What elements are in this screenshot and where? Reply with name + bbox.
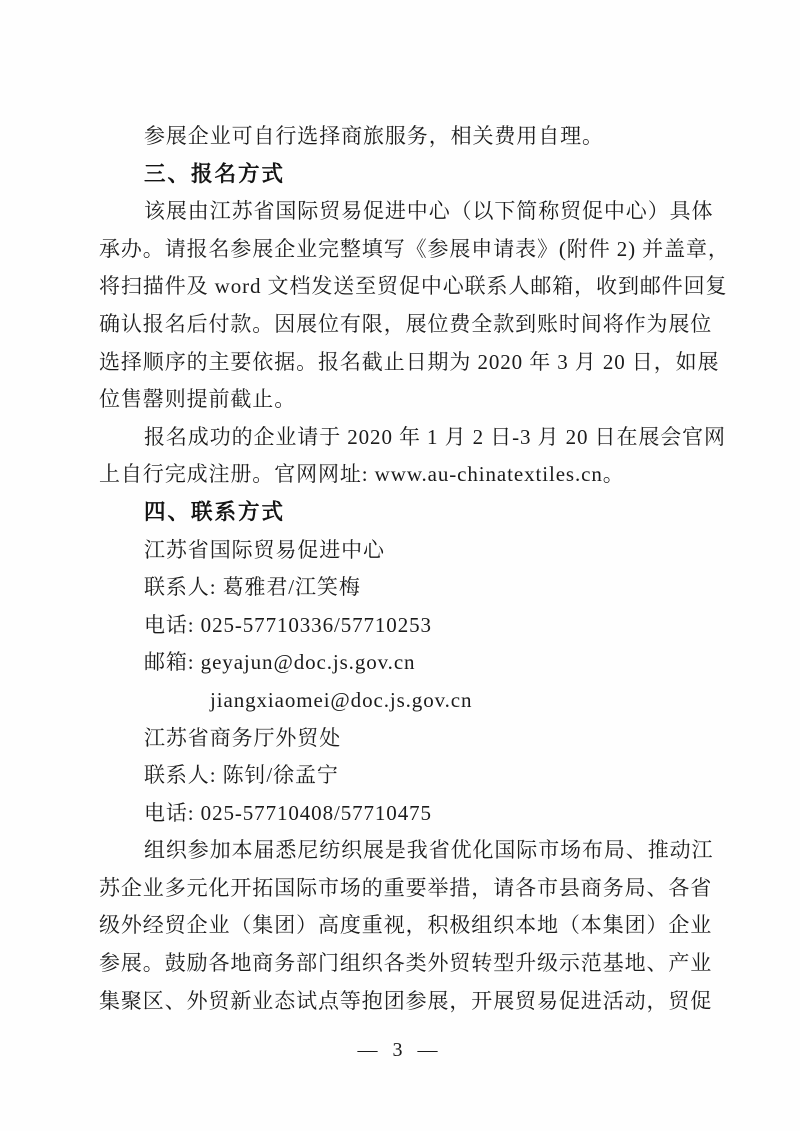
body-text-line: 确认报名后付款。因展位有限，展位费全款到账时间将作为展位: [99, 306, 719, 344]
body-text-line: 组织参加本届悉尼纺织展是我省优化国际市场布局、推动江: [99, 832, 719, 870]
contact-org-line: 江苏省商务厅外贸处: [99, 720, 719, 758]
contact-email-line: jiangxiaomei@doc.js.gov.cn: [99, 682, 719, 720]
section-heading-signup: 三、报名方式: [99, 156, 719, 194]
body-text-line: 参展。鼓励各地商务部门组织各类外贸转型升级示范基地、产业: [99, 945, 719, 983]
body-text-line: 参展企业可自行选择商旅服务，相关费用自理。: [99, 118, 719, 156]
body-text-line: 承办。请报名参展企业完整填写《参展申请表》(附件 2) 并盖章，: [99, 231, 719, 269]
document-body: 参展企业可自行选择商旅服务，相关费用自理。 三、报名方式 该展由江苏省国际贸易促…: [99, 118, 719, 1020]
body-text-line: 级外经贸企业（集团）高度重视，积极组织本地（本集团）企业: [99, 907, 719, 945]
body-text-line: 该展由江苏省国际贸易促进中心（以下简称贸促中心）具体: [99, 193, 719, 231]
body-text-line: 集聚区、外贸新业态试点等抱团参展，开展贸易促进活动，贸促: [99, 983, 719, 1021]
document-page: 参展企业可自行选择商旅服务，相关费用自理。 三、报名方式 该展由江苏省国际贸易促…: [0, 0, 800, 1131]
page-number: — 3 —: [0, 1032, 800, 1069]
contact-phone-line: 电话: 025-57710408/57710475: [99, 795, 719, 833]
contact-org-line: 江苏省国际贸易促进中心: [99, 532, 719, 570]
body-text-line: 报名成功的企业请于 2020 年 1 月 2 日-3 月 20 日在展会官网: [99, 419, 719, 457]
contact-email-line: 邮箱: geyajun@doc.js.gov.cn: [99, 644, 719, 682]
body-text-line: 将扫描件及 word 文档发送至贸促中心联系人邮箱，收到邮件回复: [99, 268, 719, 306]
contact-phone-line: 电话: 025-57710336/57710253: [99, 607, 719, 645]
section-heading-contact: 四、联系方式: [99, 494, 719, 532]
body-text-line: 选择顺序的主要依据。报名截止日期为 2020 年 3 月 20 日，如展: [99, 344, 719, 382]
body-text-line: 位售罄则提前截止。: [99, 381, 719, 419]
contact-person-line: 联系人: 葛雅君/江笑梅: [99, 569, 719, 607]
website-url-line: 上自行完成注册。官网网址: www.au-chinatextiles.cn。: [99, 456, 719, 494]
contact-person-line: 联系人: 陈钊/徐孟宁: [99, 757, 719, 795]
body-text-line: 苏企业多元化开拓国际市场的重要举措，请各市县商务局、各省: [99, 870, 719, 908]
